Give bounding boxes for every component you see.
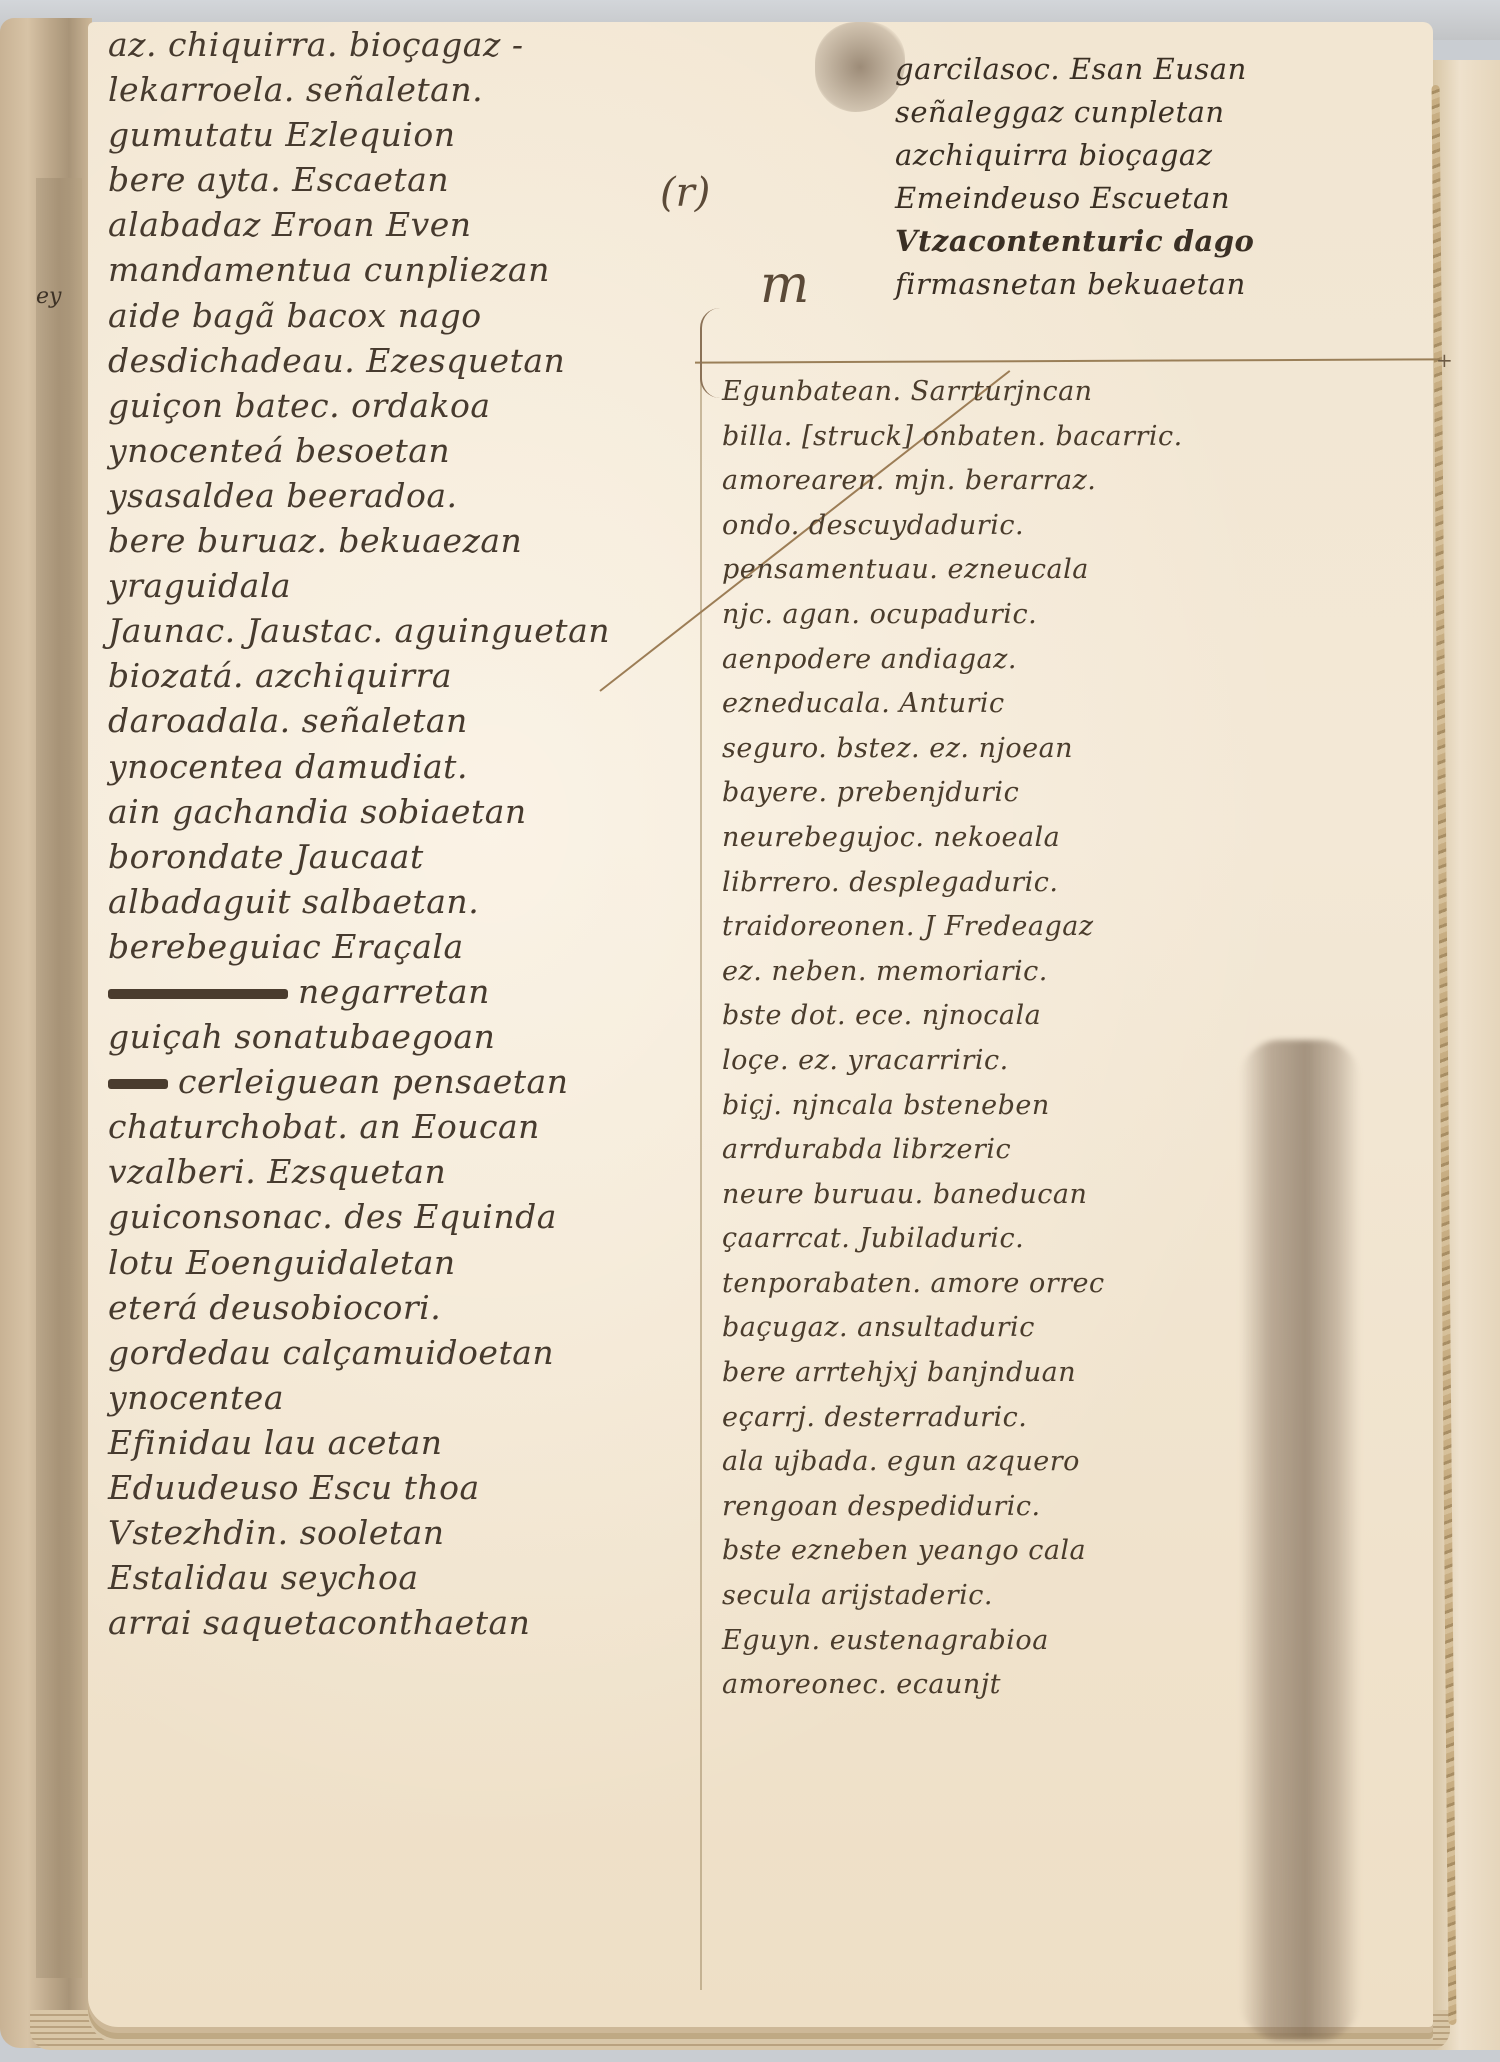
spine-mark: ey: [36, 286, 61, 308]
verse-line: Egunbatean. Sarrturjncan: [722, 370, 1242, 415]
verse-line: vzalberi. Ezsquetan: [108, 1149, 708, 1194]
verse-line: bere buruaz. bekuaezan: [108, 518, 708, 563]
verse-line: biozatá. azchiquirra: [108, 653, 708, 698]
verse-text: negarretan: [298, 972, 490, 1011]
verse-line: ynocentea: [108, 1375, 708, 1420]
verse-line: ynocentea damudiat.: [108, 744, 708, 789]
verse-line: Eduudeuso Escu thoa: [108, 1465, 708, 1510]
verse-line: eçarrj. desterraduric.: [722, 1396, 1242, 1441]
verse-line: bste ezneben yeango cala: [722, 1529, 1242, 1574]
book-spine: ey: [0, 18, 92, 2048]
verse-line: Efinidau lau acetan: [108, 1420, 708, 1465]
verse-line: alabadaz Eroan Even: [108, 202, 708, 247]
verse-line: señaleggaz cunpletan: [895, 91, 1415, 134]
verse-line: loçe. ez. yracarriric.: [722, 1039, 1242, 1084]
verse-line: njc. agan. ocupaduric.: [722, 593, 1242, 638]
verse-line: guiconsonac. des Equinda: [108, 1194, 708, 1239]
verse-line: aenpodere andiagaz.: [722, 638, 1242, 683]
verse-line: tenporabaten. amore orrec: [722, 1262, 1242, 1307]
struck-out-word: [108, 989, 288, 999]
verse-line: guiçah sonatubaegoan: [108, 1014, 708, 1059]
struck-out-word: [108, 1079, 168, 1089]
verse-line: gumutatu Ezlequion: [108, 112, 708, 157]
verse-line: librrero. desplegaduric.: [722, 861, 1242, 906]
verse-line: chaturchobat. an Eoucan: [108, 1104, 708, 1149]
verse-line: ynocenteá besoetan: [108, 428, 708, 473]
verse-line: Estalidau seychoa: [108, 1555, 708, 1600]
verse-line: mandamentua cunpliezan: [108, 247, 708, 292]
verse-line: çaarrcat. Jubiladuric.: [722, 1217, 1242, 1262]
verse-line: eterá deusobiocori.: [108, 1285, 708, 1330]
right-column-verses: Egunbatean. Sarrturjncan billa. [struck]…: [722, 370, 1242, 1708]
verse-line: berebeguiac Eraçala: [108, 924, 708, 969]
verse-text: cerleiguean pensaetan: [178, 1062, 568, 1101]
verse-line: biçj. njncala bsteneben: [722, 1084, 1242, 1129]
verse-line: aide bagã bacox nago: [108, 293, 708, 338]
verse-line: billa. [struck] onbaten. bacarric.: [722, 415, 1242, 460]
spine-band: [36, 178, 82, 1978]
verse-line: guiçon batec. ordakoa: [108, 383, 708, 428]
verse-line: albadaguit salbaetan.: [108, 879, 708, 924]
top-right-verse-block: garcilasoc. Esan Eusan señaleggaz cunple…: [895, 48, 1415, 306]
verse-line: desdichadeau. Ezesquetan: [108, 338, 708, 383]
verse-line: azchiquirra bioçagaz: [895, 134, 1415, 177]
verse-line-with-strike: cerleiguean pensaetan: [108, 1059, 708, 1104]
verse-line: secula arijstaderic.: [722, 1574, 1242, 1619]
verse-line: bste dot. ece. njnocala: [722, 994, 1242, 1039]
verse-line: ondo. descuydaduric.: [722, 504, 1242, 549]
verse-line: Vstezhdin. sooletan: [108, 1510, 708, 1555]
verse-line: lekarroela. señaletan.: [108, 67, 708, 112]
verse-line: firmasnetan bekuaetan: [895, 263, 1415, 306]
verse-line: lotu Eoenguidaletan: [108, 1240, 708, 1285]
verse-line: seguro. bstez. ez. njoean: [722, 727, 1242, 772]
verse-line: bere arrtehjxj banjnduan: [722, 1351, 1242, 1396]
verse-line: ez. neben. memoriaric.: [722, 950, 1242, 995]
verse-line: arrai saquetaconthaetan: [108, 1600, 708, 1645]
verse-line: gordedau calçamuidoetan: [108, 1330, 708, 1375]
water-stain-right: [1240, 1040, 1360, 2040]
verse-line: amoreonec. ecaunjt: [722, 1663, 1242, 1708]
verse-line: ain gachandia sobiaetan: [108, 789, 708, 834]
verse-line: rengoan despediduric.: [722, 1485, 1242, 1530]
rule-end-mark: +: [1436, 348, 1453, 372]
verse-line: borondate Jaucaat: [108, 834, 708, 879]
verse-line: Emeindeuso Escuetan: [895, 177, 1415, 220]
verse-line-with-strike: negarretan: [108, 969, 708, 1014]
verse-line: arrdurabda librzeric: [722, 1128, 1242, 1173]
verse-line: amorearen. mjn. berarraz.: [722, 459, 1242, 504]
verse-line: Vtzacontenturic dago: [895, 220, 1415, 263]
left-column-verses: az. chiquirra. bioçagaz - lekarroela. se…: [108, 22, 708, 1645]
verse-line: neure buruau. baneducan: [722, 1173, 1242, 1218]
verse-line: daroadala. señaletan: [108, 698, 708, 743]
margin-mark-m: m: [760, 255, 809, 315]
verse-line: az. chiquirra. bioçagaz -: [108, 22, 708, 67]
verse-line: traidoreonen. J Fredeagaz: [722, 905, 1242, 950]
verse-line: Jaunac. Jaustac. aguinguetan: [108, 608, 708, 653]
verse-line: ysasaldea beeradoa.: [108, 473, 708, 518]
verse-line: bayere. prebenjduric: [722, 771, 1242, 816]
verse-line: neurebegujoc. nekoeala: [722, 816, 1242, 861]
verse-line: pensamentuau. ezneucala: [722, 548, 1242, 593]
verse-line: garcilasoc. Esan Eusan: [895, 48, 1415, 91]
verse-line: ala ujbada. egun azquero: [722, 1440, 1242, 1485]
verse-line: Eguyn. eustenagrabioa: [722, 1619, 1242, 1664]
verse-line: bere ayta. Escaetan: [108, 157, 708, 202]
verse-line: ezneducala. Anturic: [722, 682, 1242, 727]
verse-line: baçugaz. ansultaduric: [722, 1306, 1242, 1351]
verse-line: yraguidala: [108, 563, 708, 608]
